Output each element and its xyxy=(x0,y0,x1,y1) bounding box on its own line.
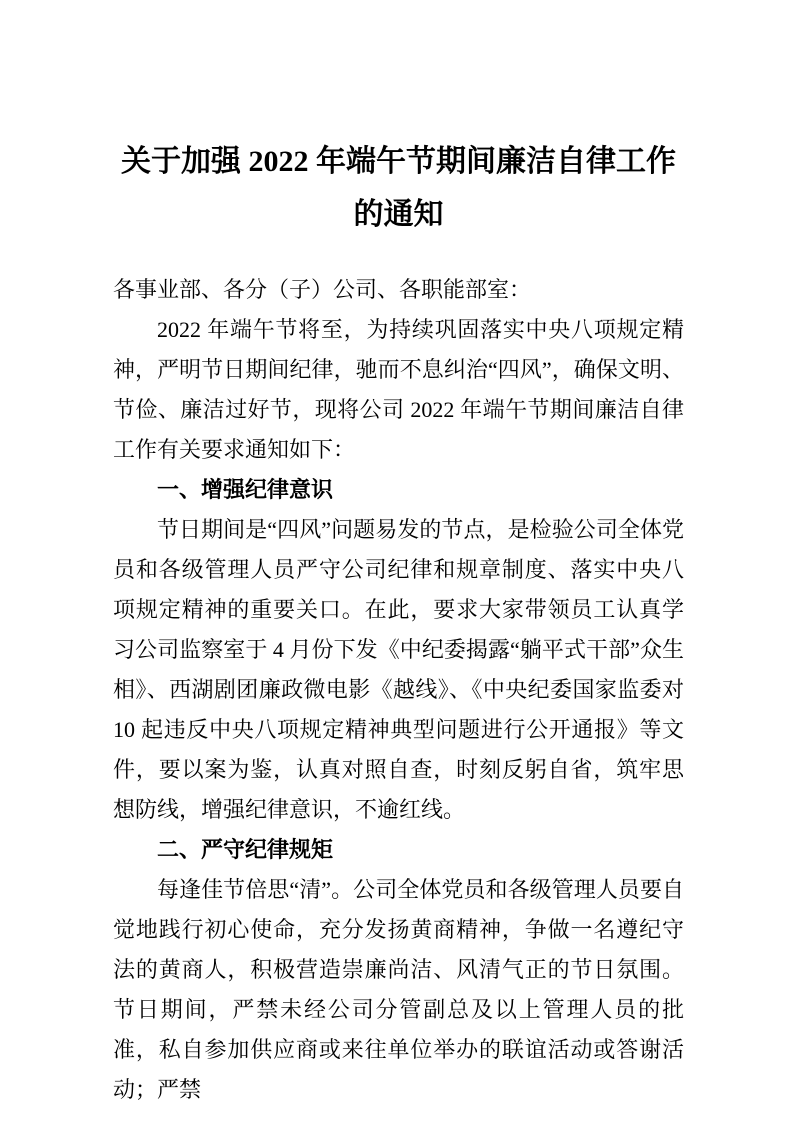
section-1-heading: 一、增强纪律意识 xyxy=(113,470,684,510)
intro-paragraph: 2022 年端午节将至，为持续巩固落实中央八项规定精神，严明节日期间纪律，驰而不… xyxy=(113,310,684,470)
page-title-line-1: 关于加强 2022 年端午节期间廉洁自律工作 xyxy=(121,145,676,178)
page-title: 关于加强 2022 年端午节期间廉洁自律工作 的通知 xyxy=(113,135,684,241)
salutation: 各事业部、各分（子）公司、各职能部室： xyxy=(113,270,684,310)
section-1-paragraph: 节日期间是“四风”问题易发的节点，是检验公司全体党员和各级管理人员严守公司纪律和… xyxy=(113,510,684,830)
document-content: 关于加强 2022 年端午节期间廉洁自律工作 的通知 各事业部、各分（子）公司、… xyxy=(113,135,684,1110)
page-title-line-2: 的通知 xyxy=(354,198,444,231)
section-2-paragraph: 每逢佳节倍思“清”。公司全体党员和各级管理人员要自觉地践行初心使命，充分发扬黄商… xyxy=(113,870,684,1110)
document-page: 关于加强 2022 年端午节期间廉洁自律工作 的通知 各事业部、各分（子）公司、… xyxy=(0,0,793,1122)
section-2-heading: 二、严守纪律规矩 xyxy=(113,830,684,870)
